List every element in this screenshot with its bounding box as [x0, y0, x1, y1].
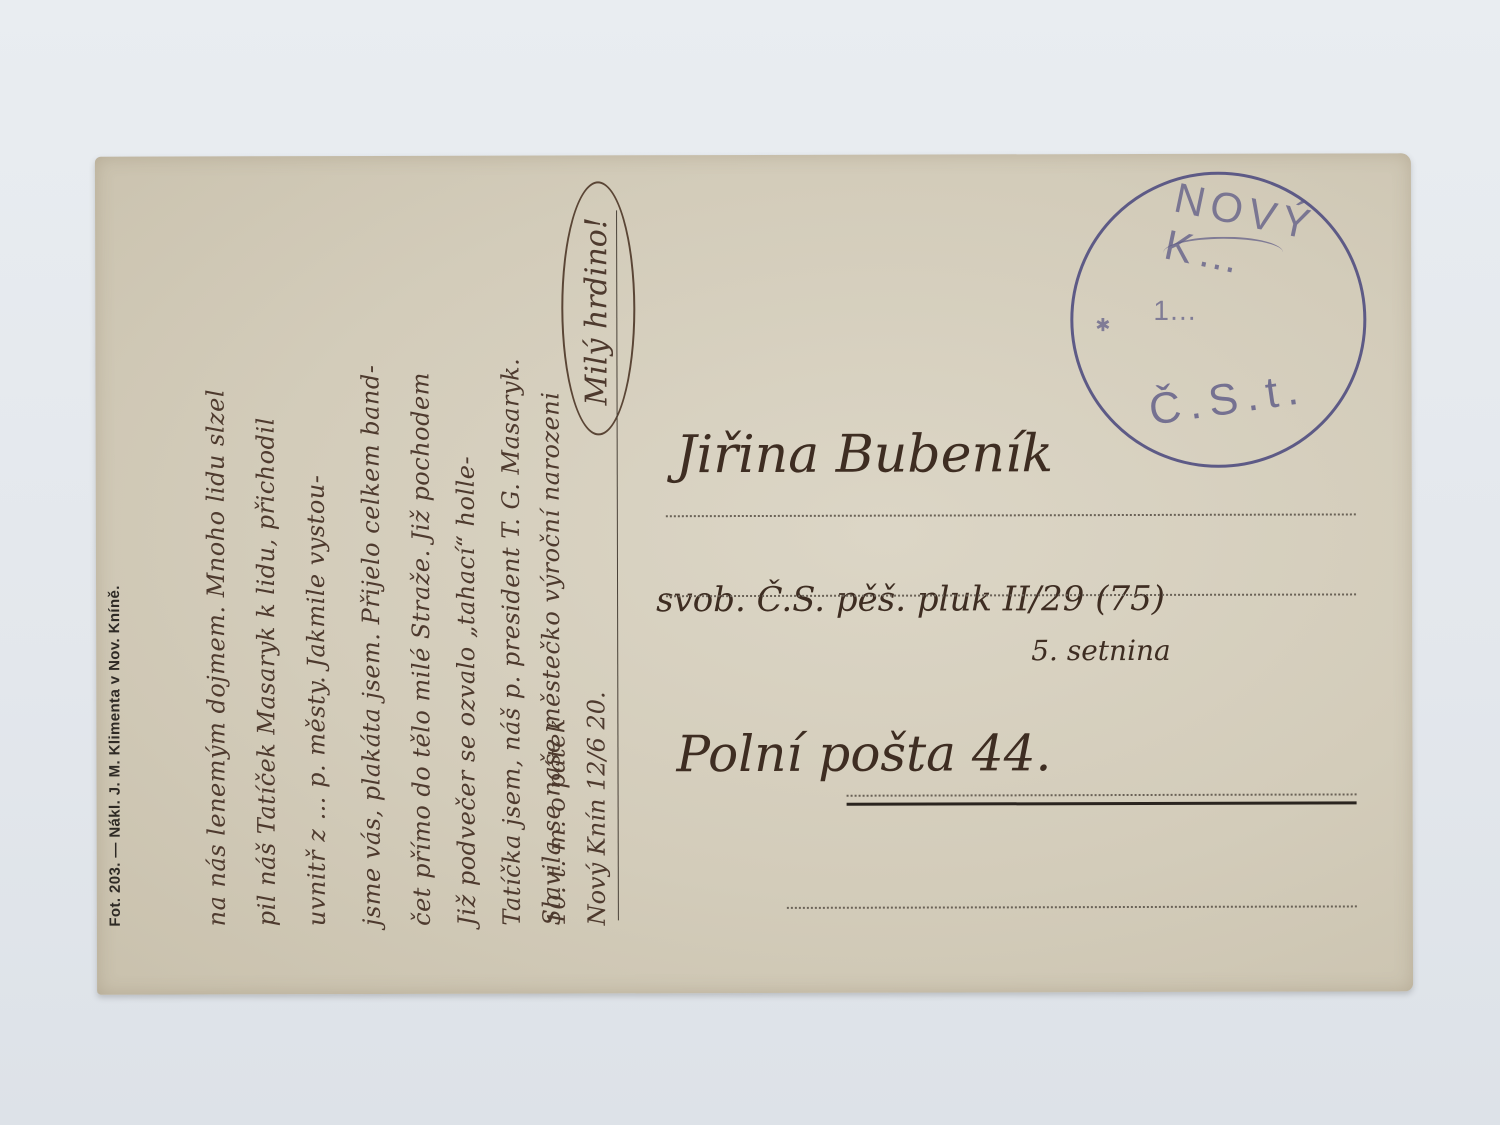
postmark-stamp: NOVÝ K… ✱ 1… Č.S.t. — [1070, 171, 1367, 468]
message-line: 10. t. m. o pátek — [542, 718, 571, 925]
star-icon: ✱ — [1095, 315, 1110, 336]
message-line: pil náš Tatíček Masaryk k lidu, přichodi… — [252, 417, 281, 926]
address-line-3-solid — [847, 801, 1357, 805]
postmark-date: 1… — [1153, 295, 1197, 327]
message-line: Již podvečer se ozvalo „tahací“ holle- — [452, 456, 481, 926]
recipient-subunit: 5. setnina — [1031, 634, 1171, 667]
message-line: jsme vás, plakáta jsem. Přijelo celkem b… — [356, 365, 385, 926]
message-line: čet přímo do tělo milé Straže. Již pocho… — [406, 372, 435, 926]
message-line: Tatíčka jsem, náš p. president T. G. Mas… — [496, 358, 525, 926]
address-line-1 — [666, 513, 1356, 517]
address-line-4 — [787, 905, 1357, 908]
message-line: na nás lenemým dojmem. Mnoho lidu slzel — [202, 389, 231, 926]
dateline: Nový Knín 12/6 20. — [582, 691, 611, 925]
address-line-3-dotted — [847, 793, 1357, 796]
recipient-unit: svob. Č.S. pěš. pluk II/29 (75) — [656, 579, 1165, 620]
postmark-inner-arc — [1163, 237, 1283, 269]
recipient-name: Jiřina Bubeník — [676, 424, 1054, 485]
handwritten-message: na nás lenemým dojmem. Mnoho lidu slzel … — [161, 205, 623, 926]
recipient-post: Polní pošta 44. — [676, 724, 1051, 783]
postcard: Fot. 203. — Nákl. J. M. Klimenta v Nov. … — [95, 153, 1413, 994]
postmark-bottom-text: Č.S.t. — [1146, 364, 1310, 436]
message-line: uvnitř z … p. městy. Jakmile vystou- — [302, 475, 331, 927]
greeting: Milý hrdino! — [579, 217, 614, 405]
publisher-imprint: Fot. 203. — Nákl. J. M. Klimenta v Nov. … — [106, 585, 124, 927]
